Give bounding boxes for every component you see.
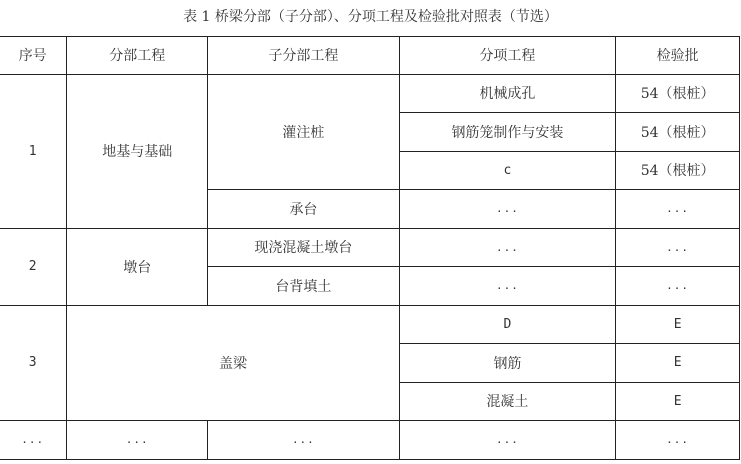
batch-cell: ... [616,190,740,229]
item-cell: ... [399,421,616,460]
header-row: 序号 分部工程 子分部工程 分项工程 检验批 [0,37,740,75]
subdivision-cell: 承台 [208,190,400,229]
division-cell: 地基与基础 [67,74,208,228]
batch-cell: ... [616,421,740,460]
item-cell: ... [399,228,616,267]
bridge-division-table: 序号 分部工程 子分部工程 分项工程 检验批 1 地基与基础 灌注桩 机械成孔 … [0,36,740,460]
header-division: 分部工程 [67,37,208,75]
header-item: 分项工程 [399,37,616,75]
batch-cell: E [616,344,740,383]
seq-cell: 2 [0,228,67,305]
batch-cell: E [616,382,740,421]
header-subdivision: 子分部工程 [208,37,400,75]
item-cell: D [399,305,616,344]
item-cell: 钢筋笼制作与安装 [399,113,616,152]
item-cell: 机械成孔 [399,74,616,113]
batch-cell: 54（根桩） [616,151,740,190]
batch-cell: ... [616,267,740,306]
table-row: ... ... ... ... ... [0,421,740,460]
header-seq: 序号 [0,37,67,75]
item-cell: ... [399,190,616,229]
seq-cell: ... [0,421,67,460]
table-row: 1 地基与基础 灌注桩 机械成孔 54（根桩） [0,74,740,113]
division-cell: ... [67,421,208,460]
item-cell: 混凝土 [399,382,616,421]
subdivision-cell: 现浇混凝土墩台 [208,228,400,267]
table-row: 3 盖梁 D E [0,305,740,344]
division-cell: 盖梁 [67,305,399,421]
seq-cell: 1 [0,74,67,228]
item-cell: ... [399,267,616,306]
subdivision-cell: 灌注桩 [208,74,400,190]
item-cell: 钢筋 [399,344,616,383]
subdivision-cell: ... [208,421,400,460]
batch-cell: 54（根桩） [616,74,740,113]
batch-cell: ... [616,228,740,267]
division-cell: 墩台 [67,228,208,305]
table-row: 2 墩台 现浇混凝土墩台 ... ... [0,228,740,267]
seq-cell: 3 [0,305,67,421]
subdivision-cell: 台背填土 [208,267,400,306]
table-caption: 表 1 桥梁分部（子分部）、分项工程及检验批对照表（节选） [0,6,741,26]
header-batch: 检验批 [616,37,740,75]
batch-cell: 54（根桩） [616,113,740,152]
item-cell: c [399,151,616,190]
batch-cell: E [616,305,740,344]
